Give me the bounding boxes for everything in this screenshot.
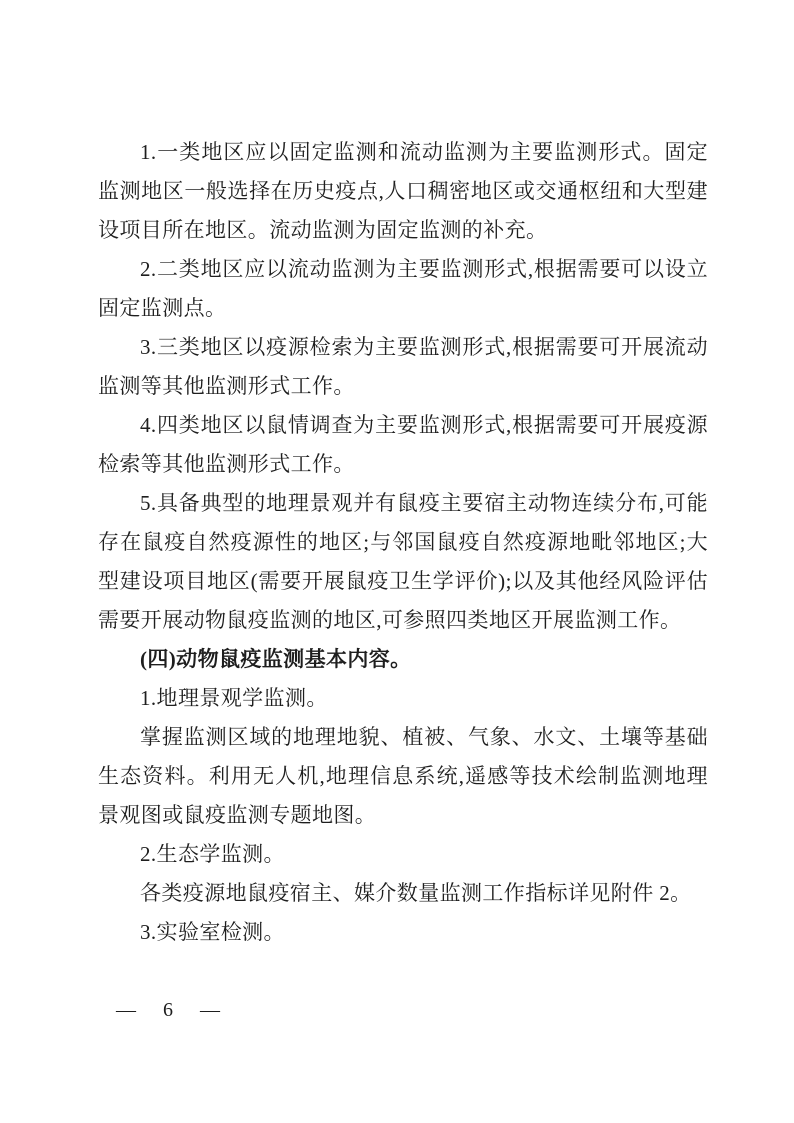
paragraph: 1.一类地区应以固定监测和流动监测为主要监测形式。固定监测地区一般选择在历史疫点… xyxy=(98,133,708,250)
paragraph: 2.二类地区应以流动监测为主要监测形式,根据需要可以设立固定监测点。 xyxy=(98,250,708,328)
document-body: 1.一类地区应以固定监测和流动监测为主要监测形式。固定监测地区一般选择在历史疫点… xyxy=(98,133,708,952)
paragraph: 2.生态学监测。 xyxy=(98,835,708,874)
paragraph: 各类疫源地鼠疫宿主、媒介数量监测工作指标详见附件 2。 xyxy=(98,874,708,913)
paragraph: 5.具备典型的地理景观并有鼠疫主要宿主动物连续分布,可能存在鼠疫自然疫源性的地区… xyxy=(98,484,708,640)
page-number: — 6 — xyxy=(116,999,231,1021)
paragraph: 1.地理景观学监测。 xyxy=(98,679,708,718)
paragraph: 掌握监测区域的地理地貌、植被、气象、水文、土壤等基础生态资料。利用无人机,地理信… xyxy=(98,718,708,835)
section-heading: (四)动物鼠疫监测基本内容。 xyxy=(98,640,708,679)
paragraph: 4.四类地区以鼠情调查为主要监测形式,根据需要可开展疫源检索等其他监测形式工作。 xyxy=(98,406,708,484)
document-page: 1.一类地区应以固定监测和流动监测为主要监测形式。固定监测地区一般选择在历史疫点… xyxy=(0,0,794,1123)
paragraph: 3.三类地区以疫源检索为主要监测形式,根据需要可开展流动监测等其他监测形式工作。 xyxy=(98,328,708,406)
paragraph: 3.实验室检测。 xyxy=(98,913,708,952)
